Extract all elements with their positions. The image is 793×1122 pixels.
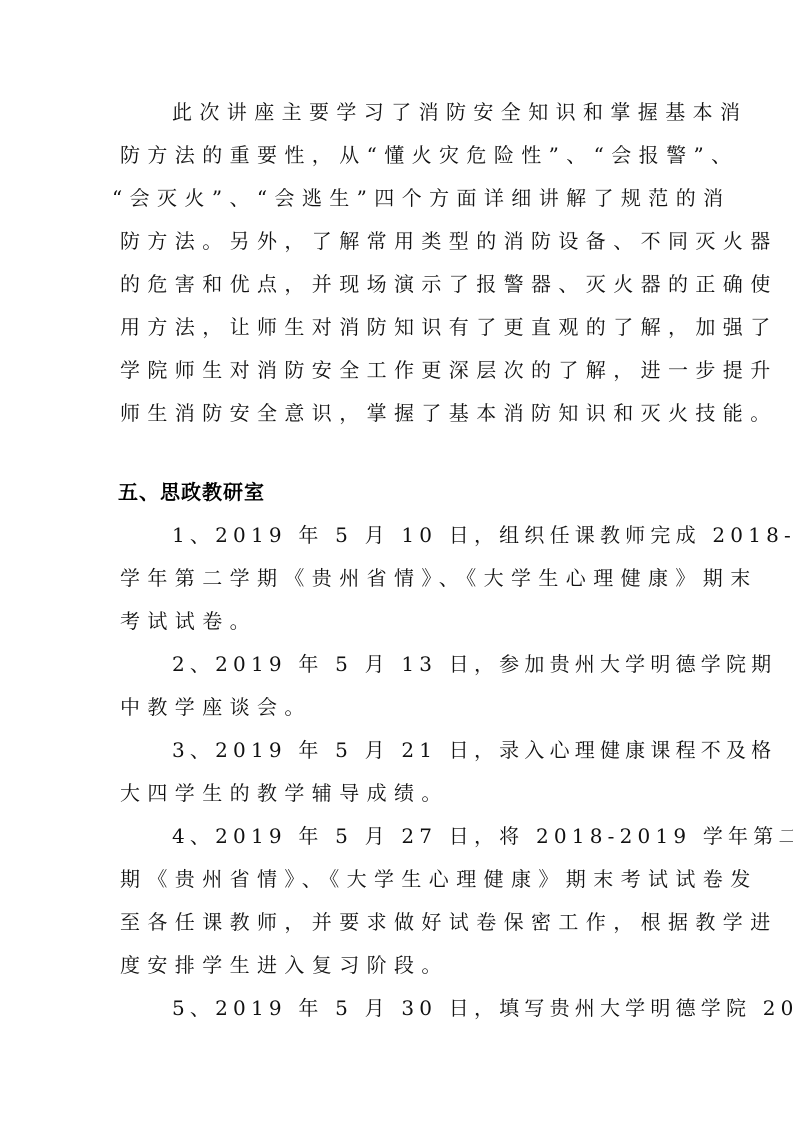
list-item-line: 至各任课教师，并要求做好试卷保密工作，根据教学进	[120, 909, 680, 935]
paragraph-line: 师生消防安全意识，掌握了基本消防知识和灭火技能。	[120, 400, 680, 426]
paragraph-line: 的危害和优点，并现场演示了报警器、灭火器的正确使	[120, 271, 680, 297]
list-item-line: 1、2019 年 5 月 10 日，组织任课教师完成 2018-2019	[172, 522, 732, 548]
list-item-line: 2、2019 年 5 月 13 日，参加贵州大学明德学院期	[172, 651, 732, 677]
list-item-line: 5、2019 年 5 月 30 日，填写贵州大学明德学院 2019	[172, 995, 732, 1021]
paragraph-line: “会灭火”、“会逃生”四个方面详细讲解了规范的消	[112, 185, 672, 211]
list-item-line: 度安排学生进入复习阶段。	[120, 952, 680, 978]
paragraph-line: 防方法。另外，了解常用类型的消防设备、不同灭火器	[120, 228, 680, 254]
section-heading: 五、思政教研室	[118, 479, 265, 505]
list-item-line: 4、2019 年 5 月 27 日，将 2018-2019 学年第二学	[172, 823, 732, 849]
paragraph-line: 防方法的重要性，从“懂火灾危险性”、“会报警”、	[120, 142, 680, 168]
list-item-line: 期《贵州省情》、《大学生心理健康》期末考试试卷发	[120, 866, 680, 892]
document-page: 此次讲座主要学习了消防安全知识和掌握基本消 防方法的重要性，从“懂火灾危险性”、…	[0, 0, 793, 1122]
paragraph-line: 学院师生对消防安全工作更深层次的了解，进一步提升	[120, 357, 680, 383]
paragraph-line: 此次讲座主要学习了消防安全知识和掌握基本消	[172, 99, 732, 125]
paragraph-line: 用方法，让师生对消防知识有了更直观的了解，加强了	[120, 314, 680, 340]
list-item-line: 考试试卷。	[120, 608, 680, 634]
list-item-line: 大四学生的教学辅导成绩。	[120, 780, 680, 806]
list-item-line: 学年第二学期《贵州省情》、《大学生心理健康》期末	[120, 565, 680, 591]
list-item-line: 3、2019 年 5 月 21 日，录入心理健康课程不及格	[172, 737, 732, 763]
list-item-line: 中教学座谈会。	[120, 694, 680, 720]
